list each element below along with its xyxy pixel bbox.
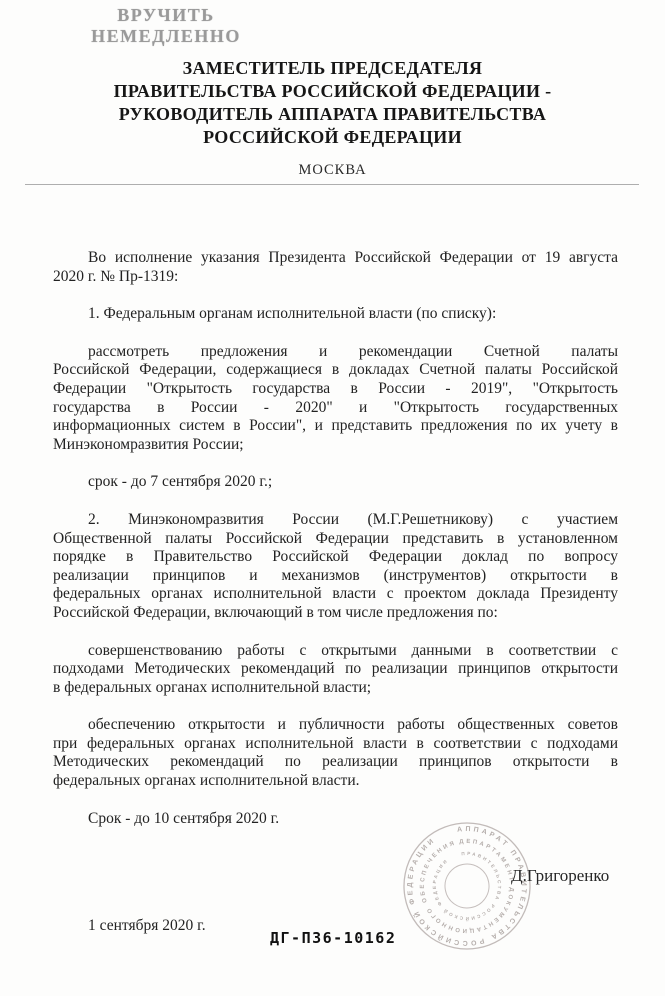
paragraph: срок - до 7 сентября 2020 г.; (53, 473, 618, 492)
paragraph-line: рассмотреть предложения и рекомендации С… (53, 343, 618, 362)
urgent-stamp-line-1: ВРУЧИТЬ (86, 5, 246, 26)
body-text: Во исполнение указания Президента Россий… (53, 249, 618, 828)
paragraph-line: Российской Федерации, содержащиеся в док… (53, 361, 618, 380)
urgent-stamp-line-2: НЕМЕДЛЕННО (86, 26, 246, 47)
paragraph: 1. Федеральным органам исполнительной вл… (53, 305, 618, 324)
paragraph-line: в федеральных органах исполнительной вла… (53, 679, 618, 698)
paragraph: обеспечению открытости и публичности раб… (53, 716, 618, 790)
paragraph-line: порядке в Правительство Российской Федер… (53, 548, 618, 567)
paragraph-line: Методических рекомендаций по реализации … (53, 753, 618, 772)
paragraph: совершенствованию работы с открытыми дан… (53, 642, 618, 698)
letterhead-title: ЗАМЕСТИТЕЛЬ ПРЕДСЕДАТЕЛЯПРАВИТЕЛЬСТВА РО… (0, 57, 665, 149)
paragraph-line: совершенствованию работы с открытыми дан… (53, 642, 618, 661)
signature-name: Д.Григоренко (511, 866, 609, 886)
document-number: ДГ-П36-10162 (270, 929, 396, 947)
paragraph-line: 2. Минэкономразвития России (М.Г.Решетни… (53, 511, 618, 530)
document-page: ВРУЧИТЬ НЕМЕДЛЕННО ЗАМЕСТИТЕЛЬ ПРЕДСЕДАТ… (0, 0, 665, 996)
letterhead-city: МОСКВА (0, 162, 665, 179)
paragraph: 2. Минэкономразвития России (М.Г.Решетни… (53, 511, 618, 623)
letterhead-title-line: РУКОВОДИТЕЛЬ АППАРАТА ПРАВИТЕЛЬСТВА (0, 103, 665, 126)
paragraph-line: Российской Федерации, включающий в том ч… (53, 604, 618, 623)
paragraph-line: Федерации "Открытость государства в Росс… (53, 380, 618, 399)
paragraph-line: Во исполнение указания Президента Россий… (53, 249, 618, 268)
letterhead-title-line: РОССИЙСКОЙ ФЕДЕРАЦИИ (0, 126, 665, 149)
paragraph-line: 1. Федеральным органам исполнительной вл… (53, 305, 618, 324)
paragraph-line: федеральных органах исполнительной власт… (53, 772, 618, 791)
svg-text:АППАРАТ ПРАВИТЕЛЬСТВА РОССИЙ: АППАРАТ ПРАВИТЕЛЬСТВА РОССИЙСКОЙ ФЕДЕРАЦ… (399, 818, 535, 954)
letterhead-title-line: ПРАВИТЕЛЬСТВА РОССИЙСКОЙ ФЕДЕРАЦИИ - (0, 80, 665, 103)
paragraph-line: Общественной палаты Российской Федерации… (53, 530, 618, 549)
paragraph-line: государства в России - 2020" и "Открытос… (53, 399, 618, 418)
paragraph: Во исполнение указания Президента Россий… (53, 249, 618, 286)
seal-outer-text: АППАРАТ ПРАВИТЕЛЬСТВА РОССИЙСКОЙ ФЕДЕРАЦ… (399, 818, 535, 954)
paragraph-line: срок - до 7 сентября 2020 г.; (53, 473, 618, 492)
round-official-seal: АППАРАТ ПРАВИТЕЛЬСТВА РОССИЙСКОЙ ФЕДЕРАЦ… (399, 818, 535, 954)
letterhead-title-line: ЗАМЕСТИТЕЛЬ ПРЕДСЕДАТЕЛЯ (0, 57, 665, 80)
paragraph-line: обеспечению открытости и публичности раб… (53, 716, 618, 735)
paragraph-line: информационных систем в России", и предс… (53, 417, 618, 436)
paragraph-line: федеральных органах исполнительной власт… (53, 585, 618, 604)
seal-outer-ring (399, 818, 535, 954)
seal-inner-ring (442, 861, 493, 912)
paragraph: рассмотреть предложения и рекомендации С… (53, 343, 618, 455)
paragraph-line: реализации принципов и механизмов (инстр… (53, 567, 618, 586)
paragraph-line: 2020 г. № Пр-1319: (53, 268, 618, 287)
paragraph-line: Минэкономразвития России; (53, 436, 618, 455)
paragraph-line: подходами Методических рекомендаций по р… (53, 660, 618, 679)
paragraph-line: при федеральных органах исполнительной в… (53, 735, 618, 754)
urgent-delivery-stamp: ВРУЧИТЬ НЕМЕДЛЕННО (86, 5, 246, 47)
issue-date: 1 сентября 2020 г. (88, 917, 206, 935)
letterhead-divider-line (25, 184, 639, 185)
